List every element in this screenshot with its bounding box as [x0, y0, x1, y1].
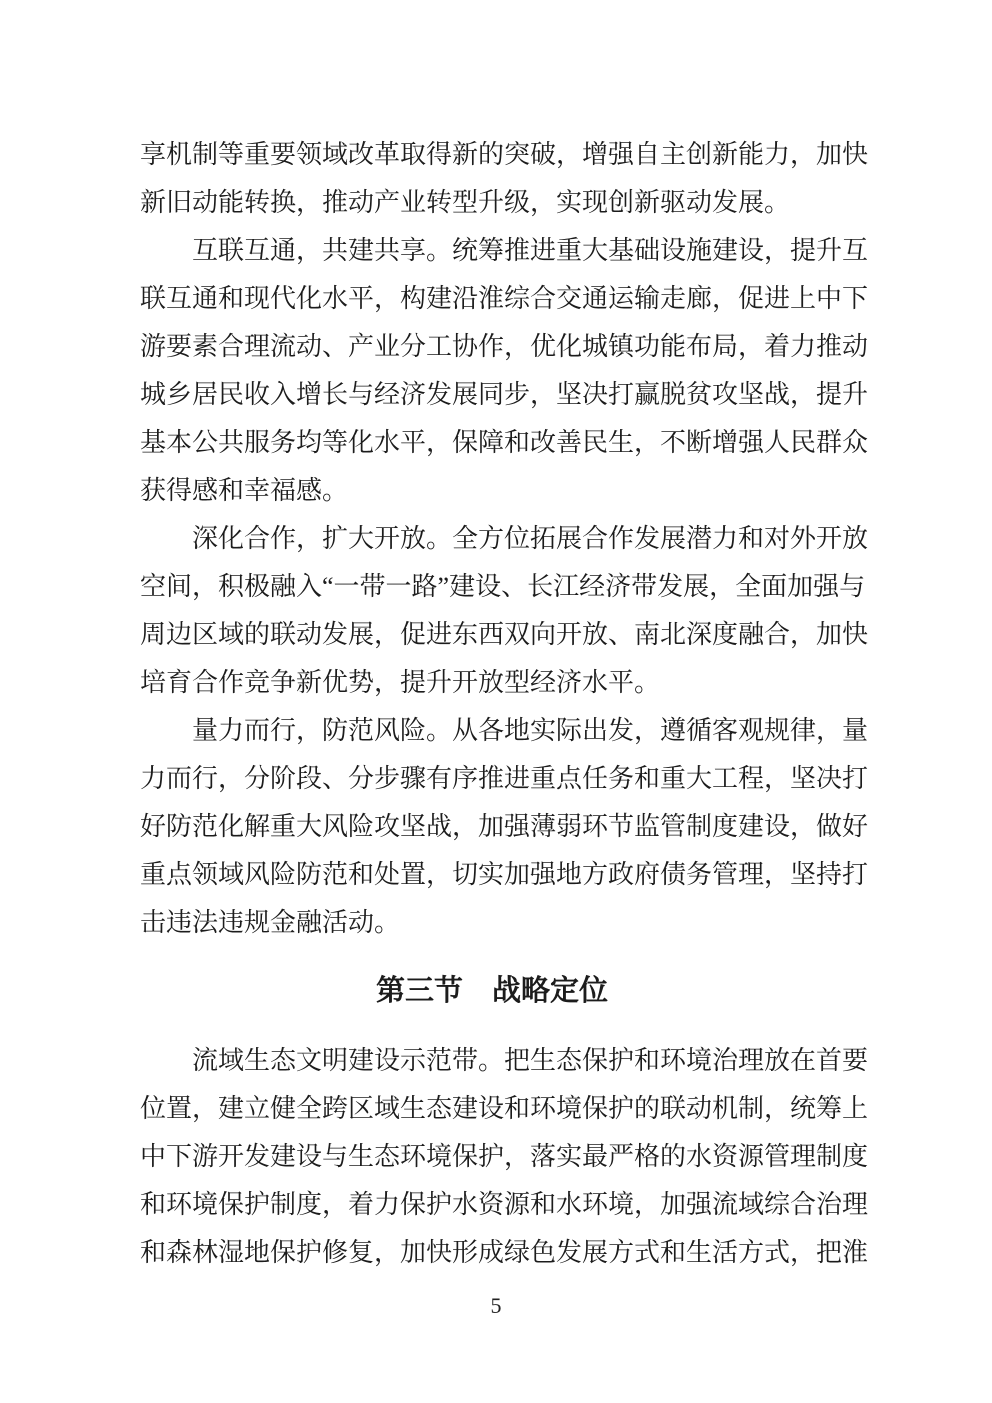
- text-line: 互联互通，共建共享。统筹推进重大基础设施建设，提升互: [140, 227, 844, 275]
- text-line: 城乡居民收入增长与经济发展同步，坚决打赢脱贫攻坚战，提升: [140, 371, 844, 419]
- paragraph: 流域生态文明建设示范带。把生态保护和环境治理放在首要 位置，建立健全跨区域生态建…: [140, 1037, 844, 1277]
- section-heading: 第三节 战略定位: [140, 967, 844, 1015]
- paragraph: 深化合作，扩大开放。全方位拓展合作发展潜力和对外开放 空间，积极融入“一带一路”…: [140, 515, 844, 707]
- text-line: 和森林湿地保护修复，加快形成绿色发展方式和生活方式，把淮: [140, 1229, 844, 1277]
- text-line: 和环境保护制度，着力保护水资源和水环境，加强流域综合治理: [140, 1181, 844, 1229]
- text-line: 位置，建立健全跨区域生态建设和环境保护的联动机制，统筹上: [140, 1085, 844, 1133]
- text-line: 空间，积极融入“一带一路”建设、长江经济带发展，全面加强与: [140, 563, 844, 611]
- text-line: 培育合作竞争新优势，提升开放型经济水平。: [140, 659, 844, 707]
- text-line: 基本公共服务均等化水平，保障和改善民生，不断增强人民群众: [140, 419, 844, 467]
- text-line: 新旧动能转换，推动产业转型升级，实现创新驱动发展。: [140, 179, 844, 227]
- text-line: 击违法违规金融活动。: [140, 899, 844, 947]
- text-line: 游要素合理流动、产业分工协作，优化城镇功能布局，着力推动: [140, 323, 844, 371]
- paragraph: 量力而行，防范风险。从各地实际出发，遵循客观规律，量 力而行，分阶段、分步骤有序…: [140, 707, 844, 947]
- page-number: 5: [0, 1293, 992, 1319]
- text-line: 流域生态文明建设示范带。把生态保护和环境治理放在首要: [140, 1037, 844, 1085]
- text-line: 联互通和现代化水平，构建沿淮综合交通运输走廊，促进上中下: [140, 275, 844, 323]
- text-line: 周边区域的联动发展，促进东西双向开放、南北深度融合，加快: [140, 611, 844, 659]
- text-line: 中下游开发建设与生态环境保护，落实最严格的水资源管理制度: [140, 1133, 844, 1181]
- text-line: 获得感和幸福感。: [140, 467, 844, 515]
- text-line: 享机制等重要领域改革取得新的突破，增强自主创新能力，加快: [140, 131, 844, 179]
- text-line: 深化合作，扩大开放。全方位拓展合作发展潜力和对外开放: [140, 515, 844, 563]
- text-line: 力而行，分阶段、分步骤有序推进重点任务和重大工程，坚决打: [140, 755, 844, 803]
- text-line: 量力而行，防范风险。从各地实际出发，遵循客观规律，量: [140, 707, 844, 755]
- paragraph: 享机制等重要领域改革取得新的突破，增强自主创新能力，加快 新旧动能转换，推动产业…: [140, 131, 844, 227]
- document-page: { "content": { "paragraphs": [ { "lines"…: [0, 0, 992, 1403]
- text-line: 重点领域风险防范和处置，切实加强地方政府债务管理，坚持打: [140, 851, 844, 899]
- text-block: 享机制等重要领域改革取得新的突破，增强自主创新能力，加快 新旧动能转换，推动产业…: [140, 131, 844, 1277]
- text-line: 好防范化解重大风险攻坚战，加强薄弱环节监管制度建设，做好: [140, 803, 844, 851]
- paragraph: 互联互通，共建共享。统筹推进重大基础设施建设，提升互 联互通和现代化水平，构建沿…: [140, 227, 844, 515]
